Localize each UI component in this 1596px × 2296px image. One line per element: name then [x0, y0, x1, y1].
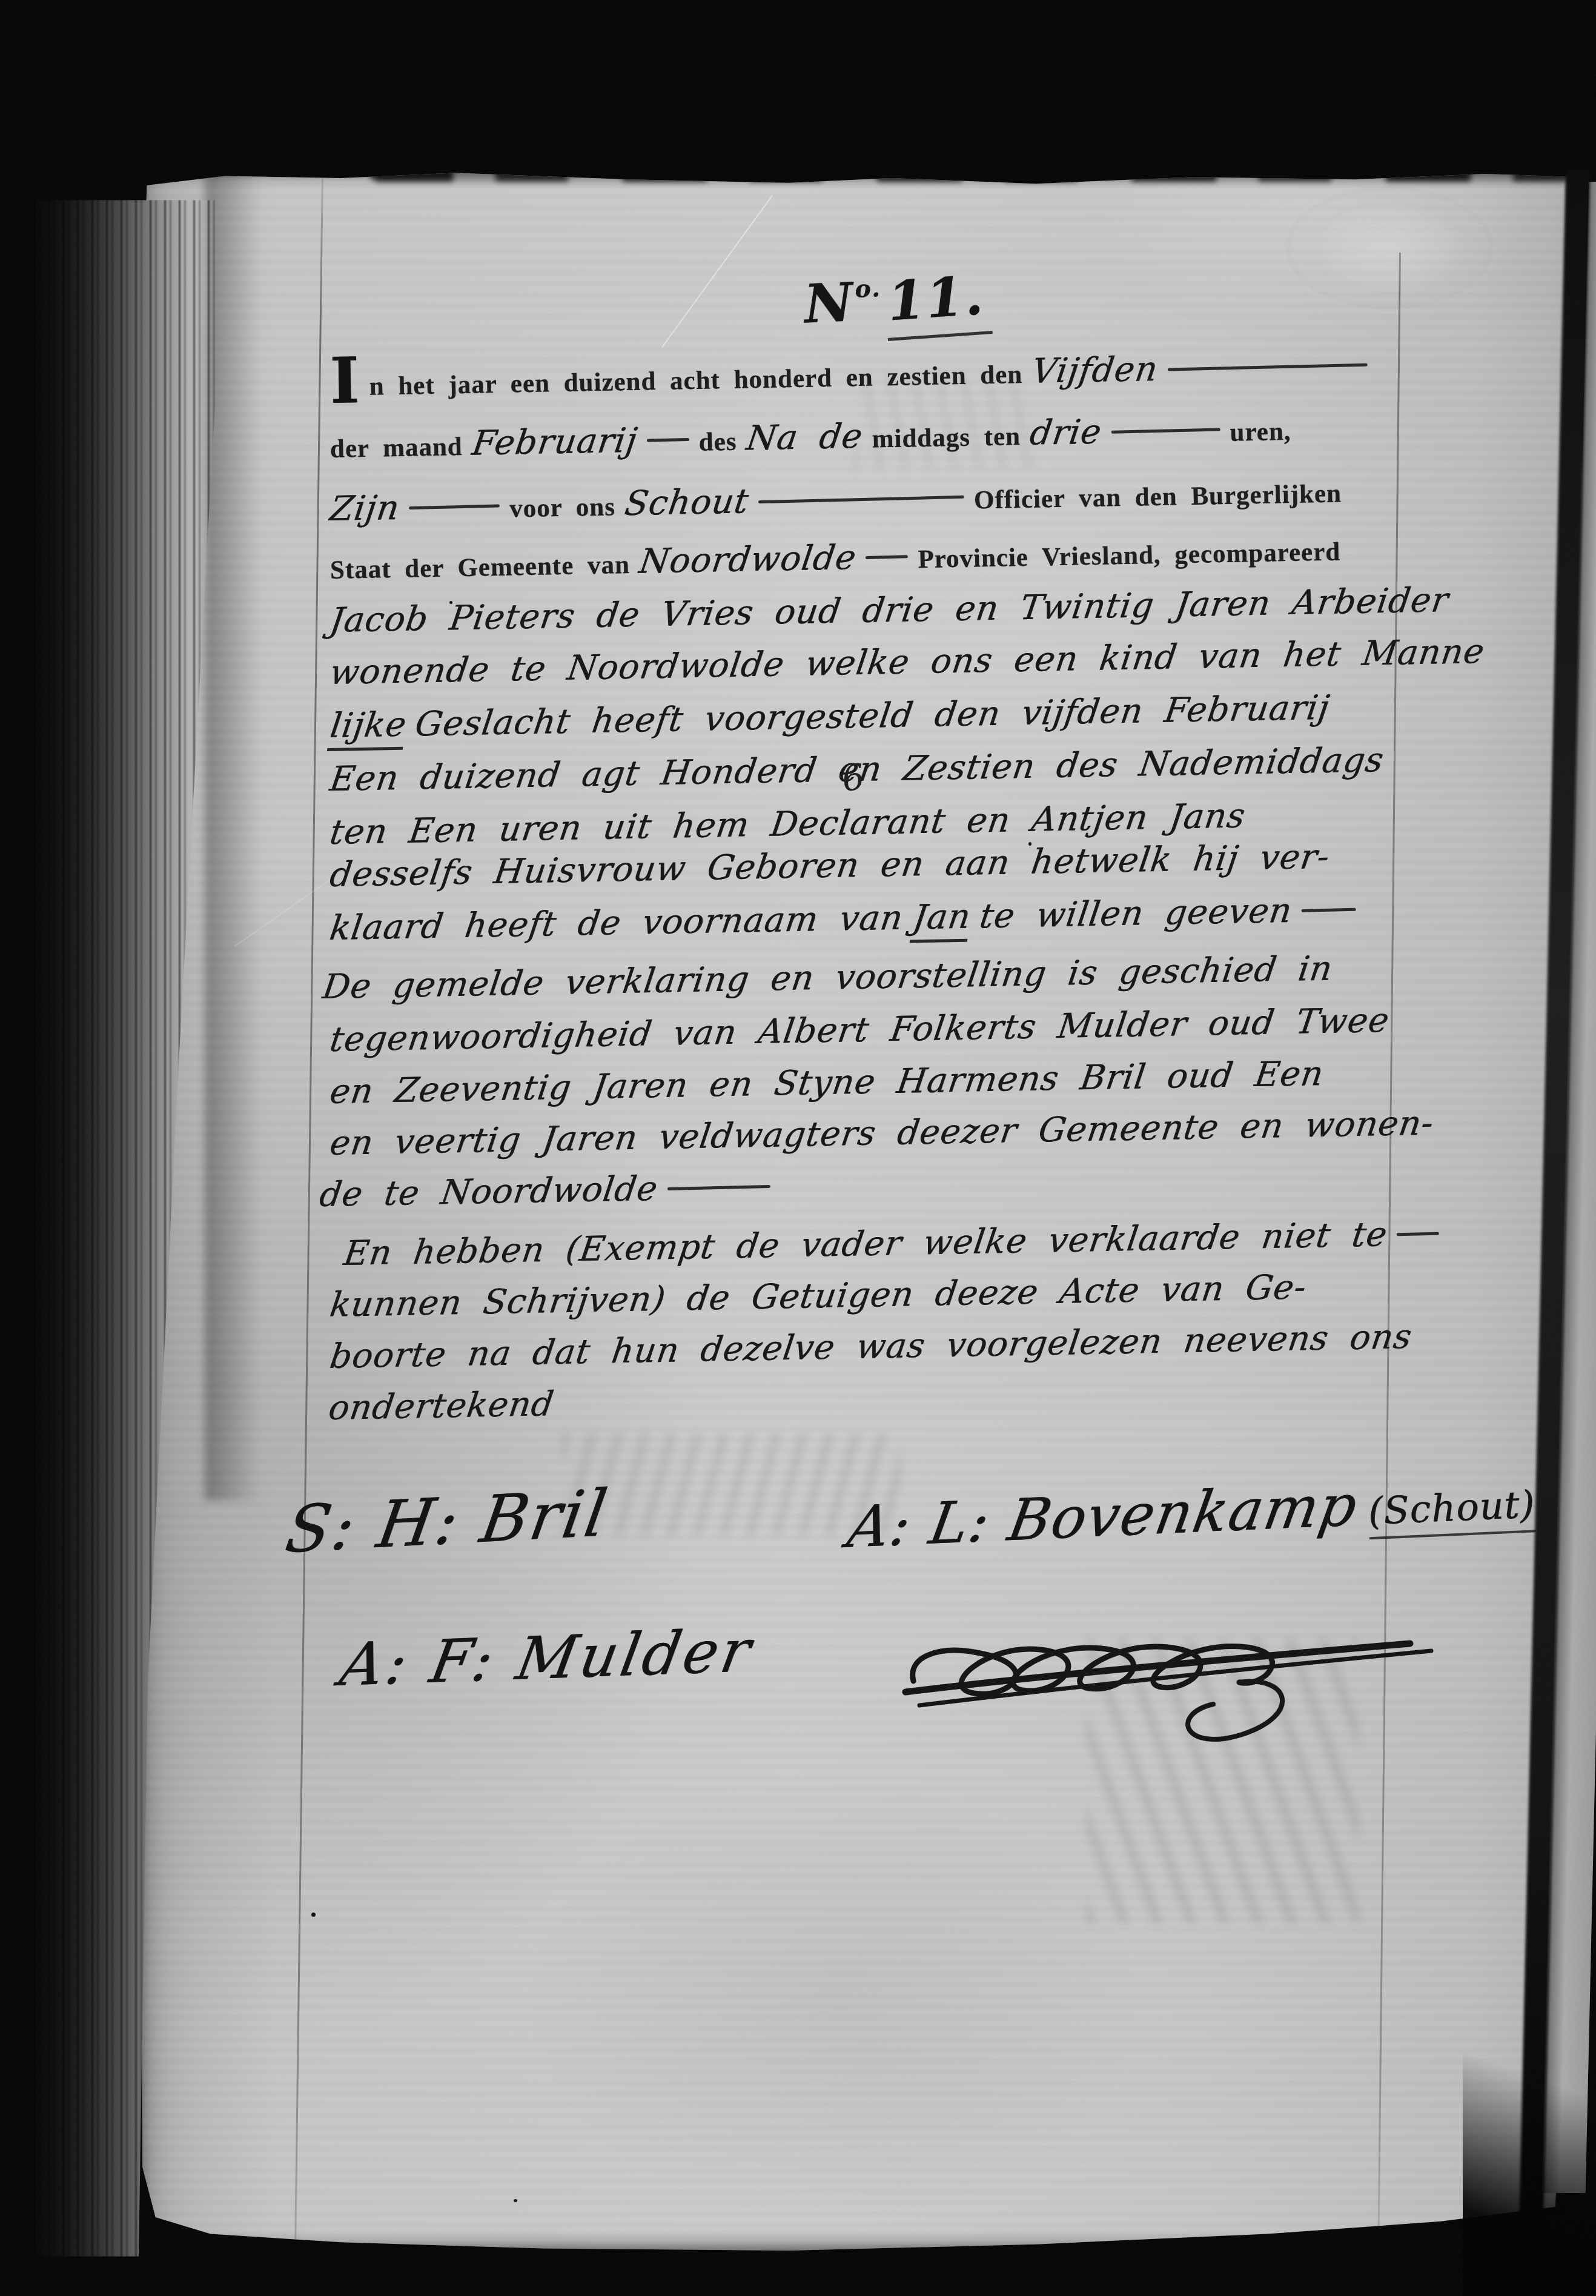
- handwritten-text: te willen geeven: [977, 891, 1294, 937]
- signature-mulder: A: F: Mulder: [340, 1616, 753, 1699]
- handwritten-text: Februarij: [469, 421, 640, 463]
- handwritten-text: boorte na dat hun dezelve was voorgeleze…: [327, 1317, 1414, 1376]
- drop-cap: I: [329, 343, 360, 418]
- signature-flourish: [898, 1590, 1449, 1772]
- handwritten-text: Zijn: [327, 488, 402, 529]
- printed-form-text: n het jaar een duizend acht honderd en z…: [369, 360, 1022, 401]
- corner-shadow: [1463, 1993, 1596, 2296]
- fill-rule: [758, 496, 964, 503]
- act-line-19: boorte na dat hun dezelve was voorgeleze…: [329, 1317, 1422, 1376]
- handwritten-text: drie: [1027, 413, 1104, 453]
- handwritten-text: De gemelde verklaring en voorstelling is…: [320, 949, 1335, 1007]
- fill-rule: [409, 504, 500, 509]
- act-line-17: En hebben (Exempt de vader welke verklaa…: [343, 1214, 1449, 1273]
- handwritten-text: Schout: [622, 482, 751, 523]
- handwritten-text: Na de: [744, 417, 865, 459]
- act-line-3: Zijnvoor onsSchoutOfficier van den Burge…: [329, 471, 1351, 529]
- act-line-16: de te Noordwolde: [319, 1167, 780, 1215]
- fill-rule: [667, 1185, 770, 1190]
- handwritten-text: en veertig Jaren veldwagters deezer Geme…: [327, 1104, 1436, 1164]
- schout-title: (Schout): [1367, 1482, 1536, 1533]
- printed-form-text: Provincie Vriesland, gecompareerd: [918, 537, 1341, 574]
- act-line-2: der maandFebruarijdesNa demiddags tendri…: [329, 409, 1301, 466]
- printed-form-text: der maand: [330, 433, 463, 463]
- fill-rule: [1301, 908, 1356, 912]
- handwritten-text: lijke: [327, 705, 409, 751]
- fill-rule: [1397, 1232, 1439, 1236]
- handwritten-text: en Zeeventig Jaren en Styne Harmens Bril…: [327, 1054, 1326, 1112]
- printed-form-text: Staat der Gemeente van: [330, 551, 631, 585]
- handwritten-text: de te Noordwolde: [317, 1169, 660, 1215]
- handwritten-text: Geslacht heeft voorgesteld den vijfden F…: [413, 688, 1333, 745]
- fill-rule: [866, 555, 908, 559]
- act-line-5: Jacob Pieters de Vries oud drie en Twint…: [329, 580, 1458, 640]
- photo-background: No.11. In het jaar een duizend acht hond…: [0, 0, 1596, 2296]
- printed-form-text: Officier van den Burgerlijken: [974, 479, 1342, 514]
- act-line-4: Staat der Gemeente vanNoordwoldeProvinci…: [329, 529, 1350, 587]
- handwritten-text: Noordwolde: [637, 538, 859, 582]
- act-line-14: en Zeeventig Jaren en Styne Harmens Bril…: [329, 1054, 1333, 1112]
- fill-rule: [647, 438, 689, 442]
- handwritten-text: tegenwoordigheid van Albert Folkerts Mul…: [327, 1001, 1391, 1060]
- fill-rule: [1168, 363, 1368, 371]
- handwritten-text: Jan: [910, 897, 973, 943]
- handwritten-text: wonende te Noordwolde welke ons een kind…: [327, 632, 1487, 692]
- act-line-18: kunnen Schrijven) de Getuigen deeze Acte…: [329, 1267, 1316, 1325]
- act-line-6: wonende te Noordwolde welke ons een kind…: [329, 632, 1494, 692]
- handwritten-text: En hebben (Exempt de vader welke verklaa…: [341, 1215, 1389, 1273]
- act-line-1: In het jaar een duizend acht honderd en …: [329, 345, 1377, 404]
- printed-form-text: middags ten: [872, 422, 1021, 453]
- printed-form-text: uren,: [1230, 417, 1291, 447]
- handwritten-text: klaard heeft de voornaam van: [327, 898, 906, 949]
- handwritten-text: ondertekend: [326, 1384, 556, 1428]
- printed-form-text: des: [698, 428, 737, 457]
- register-page: No.11. In het jaar een duizend acht hond…: [138, 167, 1586, 2251]
- act-line-15: en veertig Jaren veldwagters deezer Geme…: [329, 1103, 1443, 1163]
- fill-rule: [1111, 428, 1220, 434]
- act-line-7: lijkeGeslacht heeft voorgesteld den vijf…: [329, 688, 1340, 751]
- handwritten-text: Vijfden: [1030, 350, 1161, 391]
- act-text: In het jaar een duizend acht honderd en …: [138, 167, 1586, 2251]
- handwritten-text: kunnen Schrijven) de Getuigen deeze Acte…: [327, 1267, 1309, 1325]
- printed-form-text: voor ons: [509, 493, 616, 523]
- act-line-12: De gemelde verklaring en voorstelling is…: [322, 949, 1342, 1007]
- act-line-13: tegenwoordigheid van Albert Folkerts Mul…: [329, 1001, 1399, 1060]
- handwritten-text: Jacob Pieters de Vries oud drie en Twint…: [327, 580, 1451, 640]
- act-line-20: ondertekend: [328, 1384, 563, 1428]
- act-line-11: klaard heeft de voornaam vanJante willen…: [329, 890, 1366, 954]
